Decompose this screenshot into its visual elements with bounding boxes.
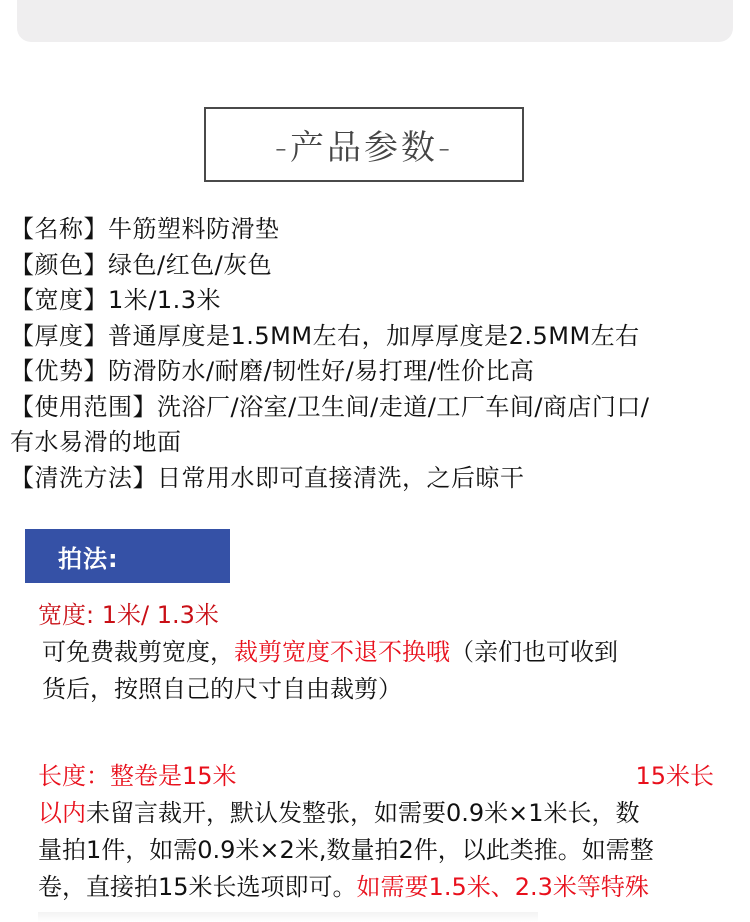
width-title: 宽度: 1米/ 1.3米 <box>38 596 738 634</box>
param-key: 【优势】 <box>10 357 108 385</box>
section-title-label: -产品参数- <box>275 120 454 169</box>
section-title-product-params: -产品参数- <box>204 107 524 182</box>
length-note-text: 卷，直接拍15米长选项即可。 <box>38 873 357 901</box>
length-title: 长度：整卷是15米 <box>38 758 237 795</box>
param-row-thickness: 【厚度】普通厚度是1.5MM左右，加厚厚度是2.5MM左右 <box>10 319 745 355</box>
param-value: 防滑防水/耐磨/韧性好/易打理/性价比高 <box>108 357 534 385</box>
length-title-right: 15米长 <box>635 758 714 795</box>
length-instructions: 长度：整卷是15米 15米长 以内未留言裁开，默认发整张，如需要0.9米×1米长… <box>38 758 738 906</box>
param-row-advantages: 【优势】防滑防水/耐磨/韧性好/易打理/性价比高 <box>10 354 745 390</box>
param-row-width: 【宽度】1米/1.3米 <box>10 283 745 319</box>
special-size-note: 如需要1.5米、2.3米等特殊 <box>357 873 649 901</box>
param-row-cleaning: 【清洗方法】日常用水即可直接清洗，之后晾干 <box>10 461 745 497</box>
param-row-usage-scope: 【使用范围】洗浴厂/浴室/卫生间/走道/工厂车间/商店门口/ <box>10 390 745 426</box>
width-note-text: 可免费裁剪宽度， <box>42 638 234 666</box>
param-value: 1米/1.3米 <box>108 286 221 314</box>
param-row-color: 【颜色】绿色/红色/灰色 <box>10 248 745 284</box>
param-value-continuation: 有水易滑的地面 <box>10 428 182 456</box>
length-note-line-1: 以内未留言裁开，默认发整张，如需要0.9米×1米长，数 <box>38 795 738 832</box>
no-return-warning: 裁剪宽度不退不换哦 <box>234 638 450 666</box>
param-row-usage-scope-continued: 有水易滑的地面 <box>10 425 745 461</box>
param-value: 日常用水即可直接清洗，之后晾干 <box>157 464 525 492</box>
width-note-line-1: 可免费裁剪宽度，裁剪宽度不退不换哦（亲们也可收到 <box>38 634 738 671</box>
param-key: 【使用范围】 <box>10 393 157 421</box>
width-instructions: 宽度: 1米/ 1.3米 可免费裁剪宽度，裁剪宽度不退不换哦（亲们也可收到 货后… <box>38 596 738 708</box>
cut-off-text-fade <box>38 912 538 922</box>
width-note-line-2: 货后，按照自己的尺寸自由裁剪） <box>38 671 738 708</box>
param-key: 【名称】 <box>10 215 108 243</box>
param-value: 绿色/红色/灰色 <box>108 251 272 279</box>
product-params-list: 【名称】牛筋塑料防滑垫 【颜色】绿色/红色/灰色 【宽度】1米/1.3米 【厚度… <box>10 212 745 496</box>
length-note-line-3: 卷，直接拍15米长选项即可。如需要1.5米、2.3米等特殊 <box>38 869 738 906</box>
param-key: 【厚度】 <box>10 322 108 350</box>
param-key: 【宽度】 <box>10 286 108 314</box>
length-note-text: 未留言裁开，默认发整张，如需要0.9米×1米长，数 <box>86 799 640 827</box>
param-row-name: 【名称】牛筋塑料防滑垫 <box>10 212 745 248</box>
order-method-label: 拍法: <box>58 539 119 574</box>
param-key: 【颜色】 <box>10 251 108 279</box>
product-detail-page: -产品参数- 【名称】牛筋塑料防滑垫 【颜色】绿色/红色/灰色 【宽度】1米/1… <box>0 0 750 922</box>
param-value: 普通厚度是1.5MM左右，加厚厚度是2.5MM左右 <box>108 322 640 350</box>
length-note-line-2: 量拍1件，如需0.9米×2米,数量拍2件，以此类推。如需整 <box>38 832 738 869</box>
param-value: 牛筋塑料防滑垫 <box>108 215 280 243</box>
param-key: 【清洗方法】 <box>10 464 157 492</box>
length-title-row: 长度：整卷是15米 15米长 <box>38 758 738 795</box>
length-note-highlight: 以内 <box>38 799 86 827</box>
width-note-tail: （亲们也可收到 <box>450 638 618 666</box>
top-gray-panel <box>17 0 733 42</box>
param-value: 洗浴厂/浴室/卫生间/走道/工厂车间/商店门口/ <box>157 393 650 421</box>
order-method-banner: 拍法: <box>25 529 230 583</box>
